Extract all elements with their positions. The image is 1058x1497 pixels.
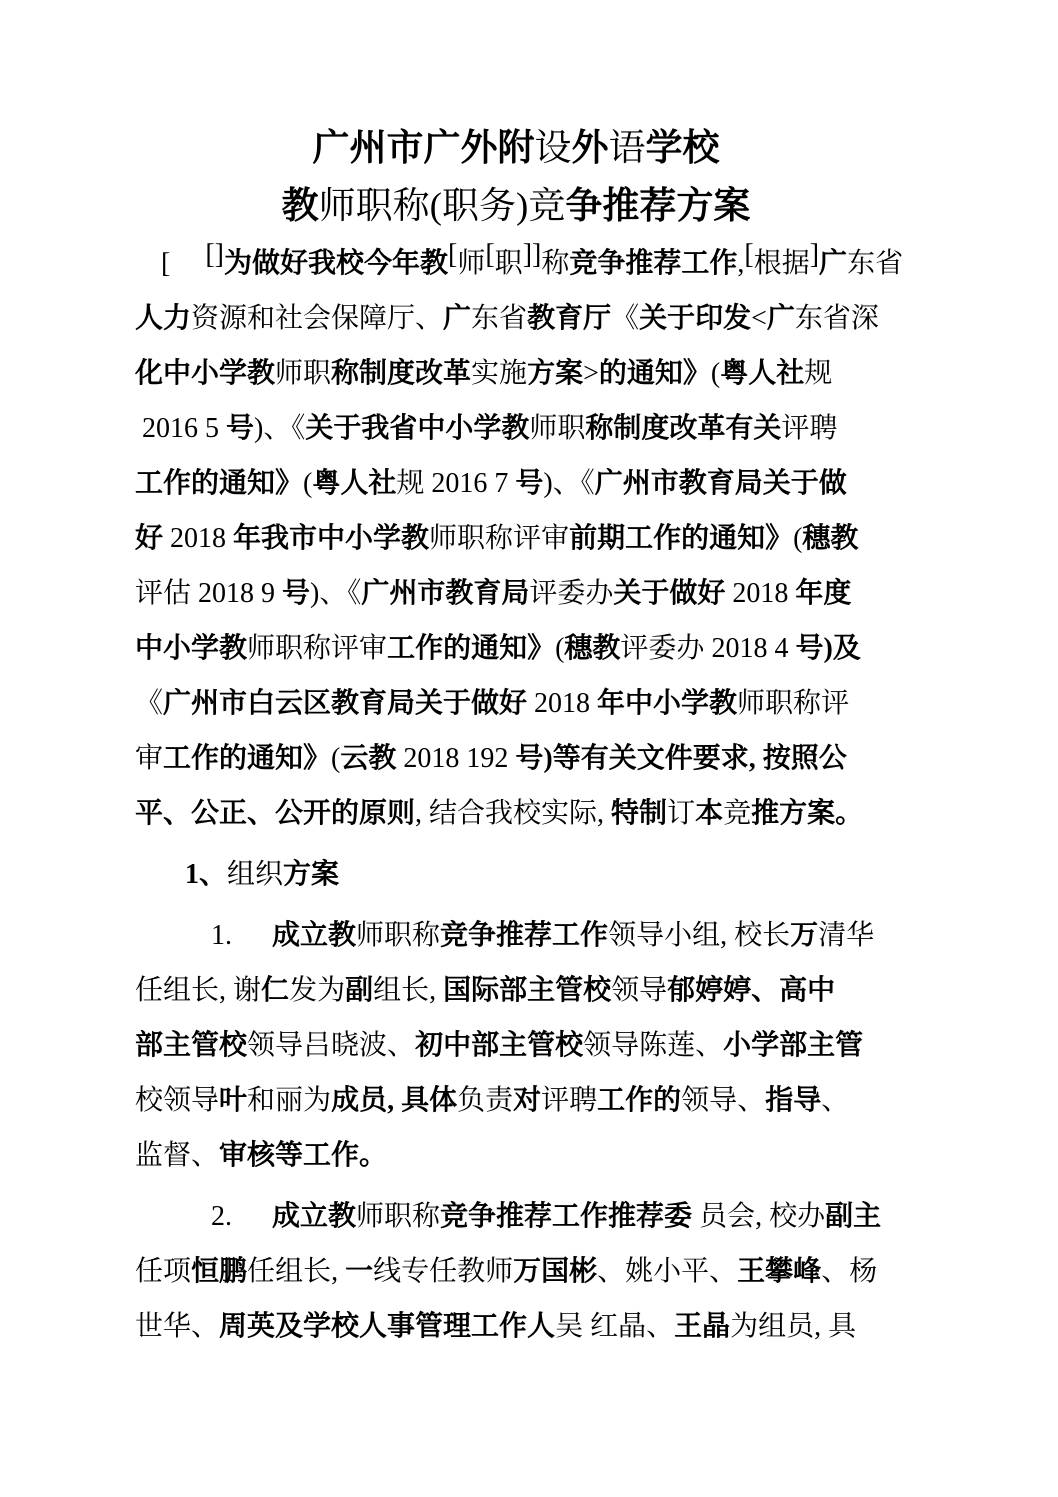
text-segment: , (415, 798, 429, 829)
paragraph-1-line-9: 《广州市白云区教育局关于做好 2018 年中小学教师职称评 (135, 676, 897, 731)
text-segment: 方案。 (779, 798, 863, 829)
text-segment: 、 (387, 1030, 415, 1061)
text-segment: 国际部主管校 (443, 975, 611, 1006)
text-segment: 关于做好 (613, 578, 725, 609)
text-segment: 师职 (247, 633, 303, 664)
text-segment: 吕晓波 (303, 1030, 387, 1061)
text-segment: 万国彬 (513, 1256, 597, 1287)
text-segment: 恒鹏 (191, 1256, 247, 1287)
text-segment: 2. (211, 1201, 232, 1232)
text-segment: 初中部主管校 (415, 1030, 583, 1061)
text-segment: 师职 (529, 413, 585, 444)
text-segment: 广州市教育局关于做 (595, 468, 847, 499)
text-segment: 称 (303, 633, 331, 664)
text-segment: )、《 (254, 413, 305, 444)
text-segment: 领导小组 (608, 920, 720, 951)
text-segment: 化中小学教 (135, 358, 275, 389)
text-segment: 教育厅 (527, 303, 611, 334)
bookmark-marker: ]] (523, 239, 542, 270)
text-segment: 发为 (289, 975, 345, 1006)
paragraph-1-line-5: 工作的通知》(粤人社规 2016 7 号)、《广州市教育局关于做 (135, 456, 897, 511)
text-segment: 称 (412, 920, 440, 951)
text-segment: , 谢 (219, 975, 261, 1006)
text-segment: 小学部主管 (723, 1030, 863, 1061)
text-segment: )、《 (543, 468, 594, 499)
text-segment: 前期工作的通知》 (569, 523, 793, 554)
text-segment: 师职 (429, 523, 485, 554)
text-segment: 副 (345, 975, 373, 1006)
text-segment: 《 (611, 303, 639, 334)
text-segment: 评委办 (620, 633, 704, 664)
text-segment: 学校 (646, 128, 720, 169)
text-segment: 评聘 (781, 413, 837, 444)
text-segment: 广 (443, 303, 471, 334)
text-segment: 评委办 (529, 578, 613, 609)
text-segment: 平、公正、公开的原则 (135, 798, 415, 829)
text-segment: 、 (737, 1085, 765, 1116)
text-segment: 领导 (163, 1085, 219, 1116)
text-segment: 为做好我校今年教 (224, 248, 448, 279)
paragraph-3-line-3: 世华、周英及学校人事管理工作人吴 红晶、王晶为组员, 具 (135, 1299, 897, 1354)
text-segment: 对 (513, 1085, 541, 1116)
text-segment: 语 (609, 128, 646, 169)
text-segment: 组长 (275, 1256, 331, 1287)
text-segment: 年中小学教 (597, 688, 737, 719)
text-segment: 东省深 (795, 303, 879, 334)
text-segment: 红晶 (583, 1311, 646, 1342)
text-segment: 师职 (356, 920, 412, 951)
bookmark-marker: ] (810, 239, 819, 270)
paragraph-1-line-4: 2016 5 号)、《关于我省中小学教师职称制度改革有关评聘 (135, 401, 897, 456)
text-segment: 评估 (135, 578, 191, 609)
text-segment: 称 (541, 248, 569, 279)
bookmark-marker: [ (744, 239, 753, 270)
text-segment: 2018 (163, 523, 233, 554)
text-segment: 资源和社会保障厅、 (191, 303, 443, 334)
text-segment: 陈莲 (639, 1030, 695, 1061)
text-segment: > (583, 358, 599, 389)
text-segment: 世 (135, 1311, 163, 1342)
text-segment: 、 (821, 1085, 849, 1116)
text-segment: 方案 (527, 358, 583, 389)
text-segment: 王晶 (674, 1311, 730, 1342)
text-segment: 丽 (275, 1085, 303, 1116)
paragraph-3-line-2: 任项恒鹏任组长, 一线专任教师万国彬、姚小平、王攀峰、杨 (135, 1244, 897, 1299)
text-segment: 王攀峰 (737, 1256, 821, 1287)
paragraph-1-line-8: 中小学教师职称评审工作的通知》(穗教评委办 2018 4 号)及 (135, 621, 897, 676)
text-segment: 粤人社 (312, 468, 396, 499)
text-segment: 广 (767, 303, 795, 334)
text-segment: 线专任教师 (373, 1256, 513, 1287)
document-page-content: 广州市广外附设外语学校教师职称(职务)竞争推荐方案[ []为做好我校今年教[师[… (135, 120, 897, 1354)
text-segment: 竞 (723, 798, 751, 829)
text-segment: 、 (695, 1030, 723, 1061)
text-segment: 领导 (247, 1030, 303, 1061)
text-segment: 万 (790, 920, 818, 951)
text-segment: 为 (303, 1085, 331, 1116)
text-segment: 郁婷婷、高中 (667, 975, 835, 1006)
bookmark-marker: [ (448, 239, 457, 270)
text-segment: 一 (345, 1256, 373, 1287)
text-segment: 和 (247, 1085, 275, 1116)
text-segment: , (597, 798, 611, 829)
text-segment: 周英及学校人事管理工作人 (219, 1311, 555, 1342)
document-page: 广州市广外附设外语学校教师职称(职务)竞争推荐方案[ []为做好我校今年教[师[… (0, 0, 1058, 1497)
text-segment: 称制度改革有关 (585, 413, 781, 444)
text-segment: 职 (495, 248, 523, 279)
text-segment: 副主 (825, 1201, 881, 1232)
text-segment: 师 (457, 248, 485, 279)
text-segment: 、 (709, 1256, 737, 1287)
text-segment: 2018 4 (704, 633, 795, 664)
text-segment: 竞争推荐工作推荐委 (440, 1201, 692, 1232)
text-segment: 称制度改革 (331, 358, 471, 389)
text-segment: 师职称(职务)竞 (319, 186, 566, 227)
text-segment: 成员, 具体 (331, 1085, 457, 1116)
text-segment: 、 (646, 1311, 674, 1342)
text-segment: 广州市白云区教育局关于做好 (163, 688, 527, 719)
text-segment: 吴 (555, 1311, 583, 1342)
text-segment: 竞争推荐工作 (569, 248, 737, 279)
text-segment: 称 (485, 523, 513, 554)
paragraph-2-line-3: 部主管校领导吕晓波、初中部主管校领导陈莲、小学部主管 (135, 1018, 897, 1073)
text-segment: [ (161, 248, 170, 279)
text-segment: 负责 (457, 1085, 513, 1116)
text-segment: < (751, 303, 767, 334)
text-segment: 2018 9 (191, 578, 282, 609)
text-segment: 关于我省中小学教 (305, 413, 529, 444)
paragraph-2-line-1: 1.成立教师职称竞争推荐工作领导小组, 校长万清华 (135, 908, 897, 963)
text-segment: 争推荐方案 (565, 186, 750, 227)
text-segment: 广州市教育局 (361, 578, 529, 609)
section-heading-1: 1、组织方案 (135, 847, 897, 902)
text-segment: , 校长 (720, 920, 790, 951)
text-segment: 师职 (275, 358, 331, 389)
text-segment: 华 (163, 1311, 191, 1342)
text-segment: 外 (572, 128, 609, 169)
text-segment: 员会, 校 (692, 1201, 797, 1232)
text-segment: 审 (135, 743, 163, 774)
text-segment: 特制 (611, 798, 667, 829)
text-segment: 东省 (847, 248, 903, 279)
text-segment: 校 (135, 1085, 163, 1116)
text-segment: 规 (804, 358, 832, 389)
text-segment: 设 (535, 128, 572, 169)
paragraph-3-line-1: 2.成立教师职称竞争推荐工作推荐委 员会, 校办副主 (135, 1189, 897, 1244)
text-segment: 领导 (681, 1085, 737, 1116)
text-segment: 中小学教 (135, 633, 247, 664)
text-segment: 叶 (219, 1085, 247, 1116)
paragraph-1-line-11: 平、公正、公开的原则, 结合我校实际, 特制订本竞推方案。 (135, 786, 897, 841)
text-segment: 年我市中小学教 (233, 523, 429, 554)
text-segment: 监督 (135, 1140, 191, 1171)
document-title-line-1: 广州市广外附设外语学校 (135, 120, 897, 178)
paragraph-2-line-4: 校领导叶和丽为成员, 具体负责对评聘工作的领导、指导、 (135, 1073, 897, 1128)
text-segment: 评 (821, 688, 849, 719)
text-segment: 云教 (340, 743, 396, 774)
document-title-line-2: 教师职称(职务)竞争推荐方案 (135, 178, 897, 236)
text-segment: 评聘 (541, 1085, 597, 1116)
text-segment: 2016 5 (135, 413, 226, 444)
paragraph-1-line-2: 人力资源和社会保障厅、广东省教育厅《关于印发<广东省深 (135, 291, 897, 346)
bookmark-marker: [ (485, 239, 494, 270)
text-segment: 部主管校 (135, 1030, 247, 1061)
text-segment: 年度 (795, 578, 851, 609)
text-segment: 指导 (765, 1085, 821, 1116)
text-segment: 推 (751, 798, 779, 829)
text-segment: 清华 (818, 920, 874, 951)
paragraph-1-line-10: 审工作的通知》(云教 2018 192 号)等有关文件要求, 按照公 (135, 731, 897, 786)
text-segment: 号 (226, 413, 254, 444)
text-segment: 2016 7 (424, 468, 515, 499)
text-segment: 号 (795, 633, 823, 664)
text-segment: 、杨 (821, 1256, 877, 1287)
text-segment: 任 (135, 975, 163, 1006)
text-segment: 称 (412, 1201, 440, 1232)
text-segment: 2018 192 (396, 743, 515, 774)
text-segment: 办 (797, 1201, 825, 1232)
text-segment: 仁 (261, 975, 289, 1006)
text-segment: , (429, 975, 443, 1006)
text-segment: 工作的通知》 (387, 633, 555, 664)
text-segment: )及 (823, 633, 860, 664)
text-segment: 广州市广外附 (313, 128, 535, 169)
text-segment: , 具 (814, 1311, 856, 1342)
text-segment: ( (711, 358, 720, 389)
text-segment: 师职 (356, 1201, 412, 1232)
text-segment: 组员 (758, 1311, 814, 1342)
text-segment: 粤人社 (720, 358, 804, 389)
text-segment: 号 (515, 743, 543, 774)
paragraph-1-line-3: 化中小学教师职称制度改革实施方案>的通知》(粤人社规 (135, 346, 897, 401)
text-segment: 结合我校 (429, 798, 541, 829)
text-segment: 2018 (527, 688, 597, 719)
text-segment: 工作的通知》 (135, 468, 303, 499)
text-segment: , (331, 1256, 345, 1287)
paragraph-2-line-2: 任组长, 谢仁发为副组长, 国际部主管校领导郁婷婷、高中 (135, 963, 897, 1018)
paragraph-2-line-5: 监督、审核等工作。 (135, 1128, 897, 1183)
text-segment: 本 (695, 798, 723, 829)
text-segment: 东省 (471, 303, 527, 334)
text-segment: 规 (396, 468, 424, 499)
text-segment: )等有关文件要求, 按照公 (543, 743, 846, 774)
text-segment: ( (555, 633, 564, 664)
text-segment: 广 (819, 248, 847, 279)
text-segment: 实际 (541, 798, 597, 829)
text-segment: 领导 (611, 975, 667, 1006)
text-segment: 、 (191, 1311, 219, 1342)
text-segment: 人力 (135, 303, 191, 334)
text-segment: 、 (191, 1140, 219, 1171)
paragraph-1-line-7: 评估 2018 9 号)、《广州市教育局评委办关于做好 2018 年度 (135, 566, 897, 621)
text-segment: 工作的 (597, 1085, 681, 1116)
text-segment: 工作的通知》 (163, 743, 331, 774)
text-segment (170, 248, 205, 279)
text-segment: 号 (515, 468, 543, 499)
text-segment: 组长 (163, 975, 219, 1006)
text-segment: 姚小平 (625, 1256, 709, 1287)
text-segment: 2018 (725, 578, 795, 609)
text-segment: 评审 (513, 523, 569, 554)
text-segment: 实施 (471, 358, 527, 389)
text-segment: 项 (163, 1256, 191, 1287)
paragraph-1-line-1: [ []为做好我校今年教[师[职]]称竞争推荐工作,[根据]广东省 (135, 236, 897, 291)
text-segment: 为 (730, 1311, 758, 1342)
text-segment: 好 (135, 523, 163, 554)
text-segment: 组长 (373, 975, 429, 1006)
text-segment: 方案 (283, 859, 339, 890)
text-segment: 竞争推荐工作 (440, 920, 608, 951)
text-segment: 号 (282, 578, 310, 609)
text-segment: 任 (247, 1256, 275, 1287)
text-segment: 成立教 (272, 920, 356, 951)
bookmark-marker: [] (205, 239, 224, 270)
text-segment: 任 (135, 1256, 163, 1287)
text-segment: 评审 (331, 633, 387, 664)
text-segment: 的通知》 (599, 358, 711, 389)
text-segment: 1. (211, 920, 232, 951)
text-segment: 教 (282, 186, 319, 227)
text-segment: 订 (667, 798, 695, 829)
text-segment: ( (303, 468, 312, 499)
text-segment: 穗教 (564, 633, 620, 664)
text-segment: 根据 (754, 248, 810, 279)
text-segment: 组织 (227, 859, 283, 890)
text-segment: 成立教 (272, 1201, 356, 1232)
text-segment: 1、 (185, 859, 227, 890)
text-segment: )、《 (310, 578, 361, 609)
text-segment: 关于印发 (639, 303, 751, 334)
text-segment: 师职称 (737, 688, 821, 719)
text-segment: 领导 (583, 1030, 639, 1061)
text-segment: 穗教 (802, 523, 858, 554)
text-segment: 、 (597, 1256, 625, 1287)
paragraph-1-line-6: 好 2018 年我市中小学教师职称评审前期工作的通知》(穗教 (135, 511, 897, 566)
text-segment: 《 (135, 688, 163, 719)
text-segment: ( (331, 743, 340, 774)
text-segment: 审核等工作。 (219, 1140, 387, 1171)
